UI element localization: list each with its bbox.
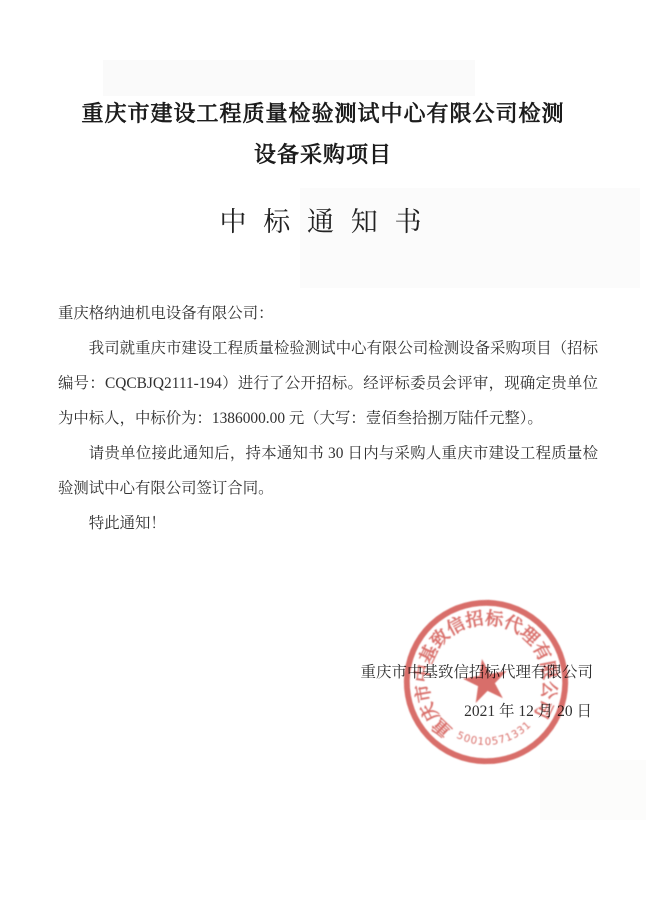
project-title: 重庆市建设工程质量检验测试中心有限公司检测设备采购项目 [0,93,646,175]
project-title-line1: 重庆市建设工程质量检验测试中心有限公司检测 [81,101,564,126]
addressee-line: 重庆格纳迪机电设备有限公司： [58,296,598,331]
company-seal-stamp: 重庆市中基致信招标代理有限公司 5001057133149 [382,578,591,787]
body-paragraph-1: 我司就重庆市建设工程质量检验测试中心有限公司检测设备采购项目（招标编号：CQCB… [58,331,598,436]
project-title-line2: 设备采购项目 [254,142,392,167]
notice-title: 中 标 通 知 书 [0,200,646,239]
scan-artifact [103,60,475,96]
body-paragraph-2: 请贵单位接此通知后，持本通知书 30 日内与采购人重庆市建设工程质量检验测试中心… [58,436,598,506]
signature-company: 重庆市中基致信招标代理有限公司 [360,660,593,682]
notice-body: 重庆格纳迪机电设备有限公司： 我司就重庆市建设工程质量检验测试中心有限公司检测设… [58,296,598,541]
body-paragraph-3: 特此通知！ [58,506,598,541]
seal-outer-ring-icon [394,590,577,773]
signature-date: 2021 年 12 月 20 日 [464,699,592,721]
document-page: 重庆市建设工程质量检验测试中心有限公司检测设备采购项目 中 标 通 知 书 重庆… [0,0,646,907]
scan-artifact [540,760,646,820]
